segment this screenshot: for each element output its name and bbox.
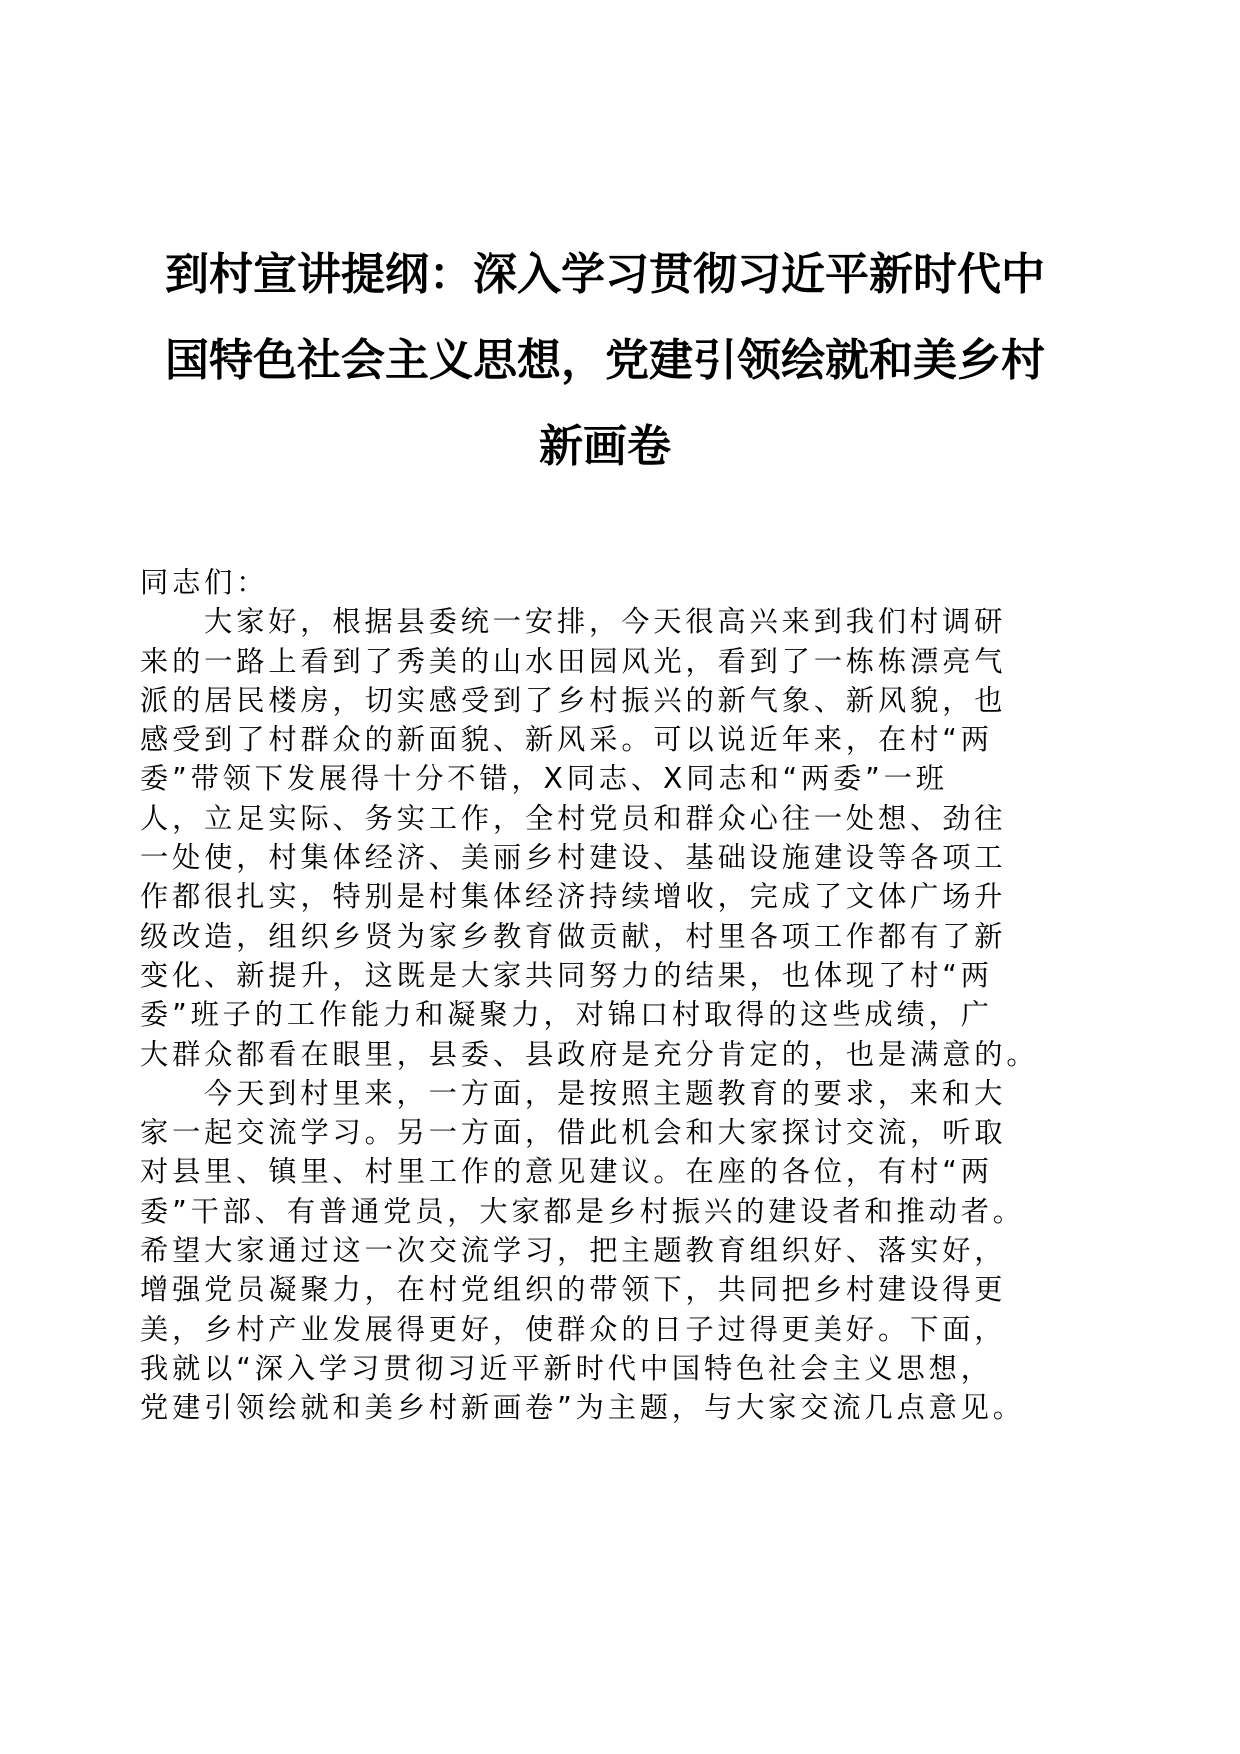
document-page: 到村宣讲提纲：深入学习贯彻习近平新时代中 国特色社会主义思想，党建引领绘就和美乡… — [0, 0, 1240, 1754]
paragraph-line: 今天到村里来，一方面，是按照主题教育的要求，来和大 — [140, 1074, 1070, 1113]
paragraph-line: 感受到了村群众的新面貌、新风采。可以说近年来，在村“两 — [140, 720, 1070, 759]
salutation: 同志们： — [140, 563, 1070, 602]
paragraph-line: 派的居民楼房，切实感受到了乡村振兴的新气象、新风貌，也 — [140, 681, 1070, 720]
title-line-3: 新画卷 — [140, 404, 1070, 490]
paragraph-line: 对县里、镇里、村里工作的意见建议。在座的各位，有村“两 — [140, 1152, 1070, 1191]
paragraph-line: 一处使，村集体经济、美丽乡村建设、基础设施建设等各项工 — [140, 838, 1070, 877]
paragraph-line: 委”班子的工作能力和凝聚力，对锦口村取得的这些成绩，广 — [140, 995, 1070, 1034]
paragraph-line: 人，立足实际、务实工作，全村党员和群众心往一处想、劲往 — [140, 799, 1070, 838]
paragraph-line: 来的一路上看到了秀美的山水田园风光，看到了一栋栋漂亮气 — [140, 642, 1070, 681]
paragraph-line: 委”干部、有普通党员，大家都是乡村振兴的建设者和推动者。 — [140, 1192, 1070, 1231]
paragraph-line: 变化、新提升，这既是大家共同努力的结果，也体现了村“两 — [140, 956, 1070, 995]
paragraph-line: 大家好，根据县委统一安排，今天很高兴来到我们村调研 — [140, 602, 1070, 641]
paragraph-line: 作都很扎实，特别是村集体经济持续增收，完成了文体广场升 — [140, 877, 1070, 916]
document-body: 同志们： 大家好，根据县委统一安排，今天很高兴来到我们村调研 来的一路上看到了秀… — [140, 563, 1070, 1428]
title-line-2: 国特色社会主义思想，党建引领绘就和美乡村 — [140, 318, 1070, 404]
paragraph-line: 我就以“深入学习贯彻习近平新时代中国特色社会主义思想， — [140, 1349, 1070, 1388]
paragraph-line: 党建引领绘就和美乡村新画卷”为主题，与大家交流几点意见。 — [140, 1388, 1070, 1427]
paragraph-line: 家一起交流学习。另一方面，借此机会和大家探讨交流，听取 — [140, 1113, 1070, 1152]
paragraph-line: 大群众都看在眼里，县委、县政府是充分肯定的，也是满意的。 — [140, 1035, 1070, 1074]
paragraph-line: 希望大家通过这一次交流学习，把主题教育组织好、落实好， — [140, 1231, 1070, 1270]
paragraph-line: 增强党员凝聚力，在村党组织的带领下，共同把乡村建设得更 — [140, 1270, 1070, 1309]
paragraph-2: 今天到村里来，一方面，是按照主题教育的要求，来和大 家一起交流学习。另一方面，借… — [140, 1074, 1070, 1428]
paragraph-line: 委”带领下发展得十分不错，X同志、X同志和“两委”一班 — [140, 759, 1070, 798]
paragraph-line: 美，乡村产业发展得更好，使群众的日子过得更美好。下面， — [140, 1310, 1070, 1349]
paragraph-line: 级改造，组织乡贤为家乡教育做贡献，村里各项工作都有了新 — [140, 917, 1070, 956]
title-line-1: 到村宣讲提纲：深入学习贯彻习近平新时代中 — [140, 232, 1070, 318]
paragraph-1: 大家好，根据县委统一安排，今天很高兴来到我们村调研 来的一路上看到了秀美的山水田… — [140, 602, 1070, 1074]
document-title: 到村宣讲提纲：深入学习贯彻习近平新时代中 国特色社会主义思想，党建引领绘就和美乡… — [140, 232, 1070, 490]
